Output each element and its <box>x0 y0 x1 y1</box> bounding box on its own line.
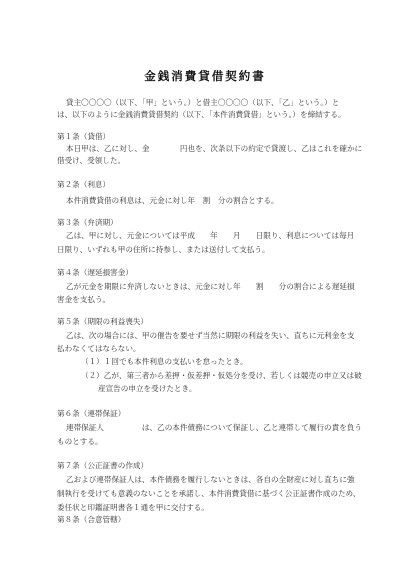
article-2-line-1: 本件消費貸借の利息は、元金に対し年 割 分の割合とする。 <box>66 196 279 206</box>
article-5-line-2: 払わなくてはならない。 <box>57 344 141 354</box>
article-2-heading: 第２条（利息） <box>57 180 110 190</box>
document-page: 金銭消費貸借契約書 貸主〇〇〇〇（以下、「甲」という。）と借主〇〇〇〇（以下、「… <box>0 0 410 580</box>
document-title: 金銭消費貸借契約書 <box>0 68 410 84</box>
article-7-line-3: 委任状と印鑑証明書各１通を甲に交付する。 <box>57 503 209 513</box>
article-7-line-2: 制執行を受けても意義のないことを承諾し、本件消費貸借に基づく公正証書作成のため、 <box>57 489 360 499</box>
article-3-line-1: 乙は、甲に対し、元金については平成 年 月 日限り、利息については毎月 <box>66 231 354 241</box>
article-5-item-2: （２）乙が、第三者から差押・仮差押・仮処分を受け、若しくは競売の申立又は破 <box>81 371 362 381</box>
article-7-line-1: 乙および連帯保証人は、本件債務を履行しないときは、各自の全財産に対し直ちに強 <box>66 475 355 485</box>
article-6-line-2: ものとする。 <box>57 437 103 447</box>
article-7-heading: 第７条（公正証書の作成） <box>57 461 148 471</box>
article-8-heading: 第８条（合意管轄） <box>57 515 125 525</box>
article-5-line-1: 乙は、次の場合には、甲の催告を要せず当然に期限の利益を失い、直ちに元利金を支 <box>66 331 355 341</box>
article-5-item-2-cont: 産宣告の申立を受けたとき。 <box>98 384 196 394</box>
article-4-heading: 第４条（遅延損害金） <box>57 268 133 278</box>
preamble-line-2: は、以下のように金銭消費貸借契約（以下、「本件消費貸借」という。）を締結する。 <box>57 110 346 120</box>
article-1-line-2: 借受け、受領した。 <box>57 156 125 166</box>
article-5-item-1: （１）１回でも本件利息の支払いを怠ったとき。 <box>81 357 248 367</box>
article-1-line-1: 本日甲は、乙に対し、金 円也を、次条以下の約定で貸渡し、乙はこれを確かに <box>66 144 362 154</box>
preamble-line-1: 貸主〇〇〇〇（以下、「甲」という。）と借主〇〇〇〇（以下、「乙」という。）と <box>66 98 339 108</box>
article-6-line-1: 連帯保証人 は、乙の本件債務について保証し、乙と連帯して履行の責を負う <box>66 423 362 433</box>
article-3-heading: 第３条（弁済期） <box>57 218 118 228</box>
article-3-line-2: 日限り、いずれも甲の住所に持参し、または送付して支払う。 <box>57 245 270 255</box>
article-1-heading: 第１条（貸借） <box>57 132 110 142</box>
article-6-heading: 第６条（連帯保証） <box>57 409 125 419</box>
article-4-line-1: 乙が元金を期限に弁済しないときは、元金に対し年 割 分の割合による遅延損 <box>66 282 355 292</box>
article-4-line-2: 害金を支払う。 <box>57 295 110 305</box>
article-5-heading: 第５条（期限の利益喪失） <box>57 317 148 327</box>
